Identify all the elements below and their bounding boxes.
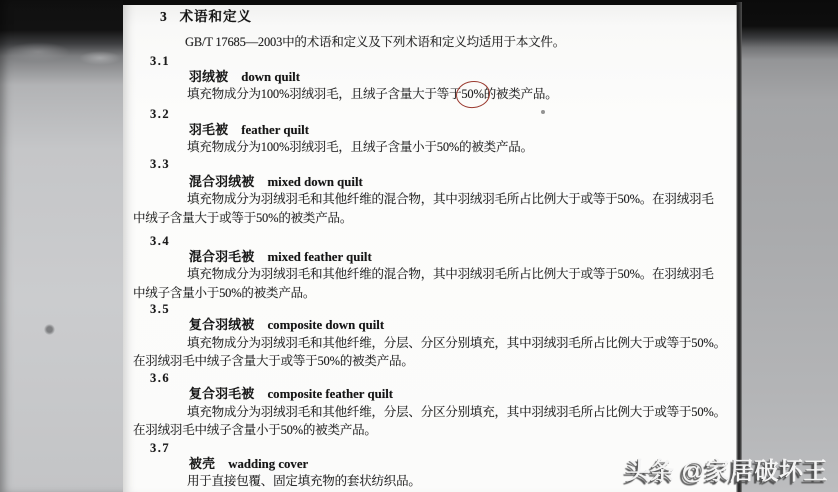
term-zh: 被壳 — [189, 456, 215, 471]
definition-3-3-line-1: 填充物成分为羽绒羽毛和其他纤维的混合物，其中羽绒羽毛所占比例大于或等于50%。在… — [187, 192, 714, 207]
definition-3-1: 填充物成分为100%羽绒羽毛，且绒子含量大于等于50%的被类产品。 — [187, 87, 558, 102]
term-line-3-4: 混合羽毛被mixed feather quilt — [189, 249, 372, 265]
definition-text: 的被类产品。 — [484, 87, 558, 101]
clause-heading: 3术语和定义 — [160, 9, 252, 25]
term-line-3-6: 复合羽毛被composite feather quilt — [189, 386, 393, 402]
dust-speck — [44, 324, 55, 335]
clause-title: 术语和定义 — [180, 9, 253, 24]
watermark-handle: @家居破坏王 — [682, 458, 828, 485]
definition-3-2: 填充物成分为100%羽绒羽毛，且绒子含量小于50%的被类产品。 — [187, 140, 533, 155]
section-number-3-3: 3.3 — [150, 157, 170, 172]
term-zh: 羽绒被 — [189, 69, 228, 84]
document-page: 3术语和定义 GB/T 17685—2003中的术语和定义及下列术语和定义均适用… — [123, 0, 737, 492]
definition-3-3-line-2: 中绒子含量大于或等于50%的被类产品。 — [133, 211, 352, 226]
section-number-3-7: 3.7 — [150, 441, 170, 456]
term-zh: 混合羽绒被 — [189, 174, 254, 189]
page-top-shadow-bar — [123, 0, 737, 5]
scope-note: GB/T 17685—2003中的术语和定义及下列术语和定义均适用于本文件。 — [185, 35, 565, 50]
paper-speck — [541, 110, 545, 114]
term-zh: 羽毛被 — [189, 122, 228, 137]
term-en: wadding cover — [228, 457, 308, 471]
toutiao-watermark: 头条@家居破坏王 — [626, 451, 828, 486]
definition-3-6-line-1: 填充物成分为羽绒羽毛和其他纤维，分层、分区分别填充，其中羽绒羽毛所占比例大于或等… — [187, 405, 726, 420]
section-number-3-4: 3.4 — [150, 234, 170, 249]
term-en: mixed feather quilt — [267, 250, 371, 264]
term-zh: 复合羽毛被 — [189, 386, 254, 401]
watermark-brand: 头条 — [626, 458, 675, 485]
term-en: composite feather quilt — [267, 387, 393, 401]
term-en: composite down quilt — [267, 318, 384, 332]
term-en: down quilt — [241, 70, 300, 84]
term-en: feather quilt — [241, 123, 309, 137]
definition-3-6-line-2: 在羽绒羽毛中绒子含量小于50%的被类产品。 — [133, 423, 377, 438]
definition-3-5-line-2: 在羽绒羽毛中绒子含量大于或等于50%的被类产品。 — [133, 354, 414, 369]
term-line-3-7: 被壳wadding cover — [189, 456, 308, 472]
section-number-3-1: 3.1 — [150, 54, 170, 69]
term-line-3-1: 羽绒被down quilt — [189, 69, 300, 85]
blurred-background-right — [737, 0, 838, 492]
section-number-3-2: 3.2 — [150, 107, 170, 122]
definition-3-5-line-1: 填充物成分为羽绒羽毛和其他纤维，分层、分区分别填充，其中羽绒羽毛所占比例大于或等… — [187, 336, 726, 351]
section-number-3-6: 3.6 — [150, 371, 170, 386]
circled-value: 50% — [461, 87, 483, 101]
definition-text: 填充物成分为100%羽绒羽毛，且绒子含量大于等于 — [187, 87, 461, 101]
blurred-background-left — [0, 0, 123, 492]
term-line-3-3: 混合羽绒被mixed down quilt — [189, 174, 363, 190]
red-circle-annotation: 50% — [461, 87, 483, 102]
term-en: mixed down quilt — [267, 175, 362, 189]
term-zh: 复合羽绒被 — [189, 317, 254, 332]
definition-3-4-line-1: 填充物成分为羽绒羽毛和其他纤维的混合物，其中羽绒羽毛所占比例大于或等于50%。在… — [187, 267, 714, 282]
definition-3-4-line-2: 中绒子含量小于50%的被类产品。 — [133, 286, 315, 301]
photo-of-standard-document: 3术语和定义 GB/T 17685—2003中的术语和定义及下列术语和定义均适用… — [0, 0, 838, 492]
term-zh: 混合羽毛被 — [189, 249, 254, 264]
clause-number: 3 — [160, 9, 167, 24]
section-number-3-5: 3.5 — [150, 302, 170, 317]
term-line-3-2: 羽毛被feather quilt — [189, 122, 309, 138]
term-line-3-5: 复合羽绒被composite down quilt — [189, 317, 384, 333]
definition-3-7: 用于直接包覆、固定填充物的套状纺织品。 — [187, 474, 421, 489]
